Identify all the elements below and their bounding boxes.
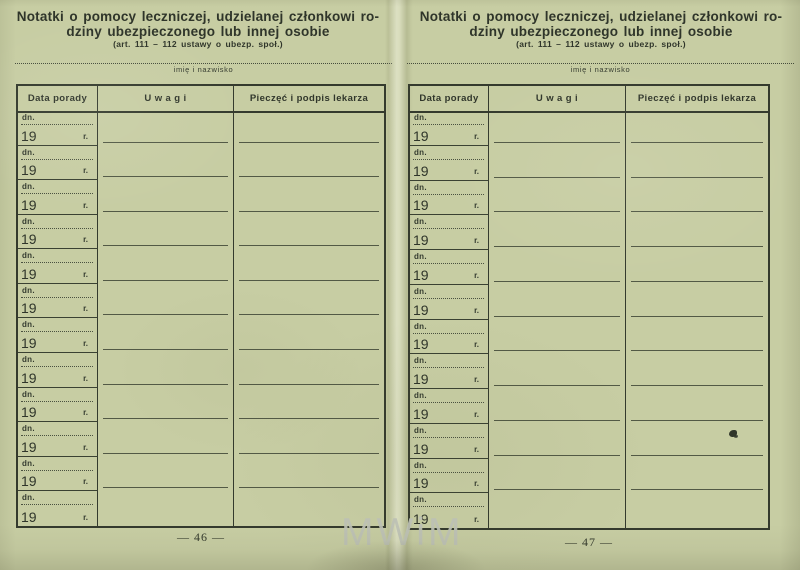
writing-line [494,281,620,282]
writing-line [239,418,379,419]
writing-line [631,177,763,178]
date-prefix-label: dn. [22,182,35,191]
date-cell: dn.19r. [410,181,489,216]
year-suffix-label: r. [474,306,479,315]
date-prefix-label: dn. [22,355,35,364]
notes-cell [98,215,234,250]
year-label: 19 [413,475,429,491]
signature-cell [234,180,384,215]
table-row: dn.19r. [18,284,384,319]
date-dotted-line [21,366,93,367]
year-label: 19 [21,509,37,525]
year-suffix-label: r. [83,374,88,383]
year-label: 19 [413,197,429,213]
signature-cell [626,111,768,146]
signature-cell [234,422,384,457]
signature-cell [234,491,384,526]
table-row: dn.19r. [18,491,384,526]
writing-line [631,455,763,456]
year-suffix-label: r. [83,166,88,175]
date-dotted-line [21,262,93,263]
signature-cell [626,181,768,216]
date-cell: dn.19r. [18,457,98,492]
title-subline: (art. 111 – 112 ustawy o ubezp. społ.) [402,39,800,50]
writing-line [631,350,763,351]
notes-cell [489,111,626,146]
signature-cell [234,318,384,353]
date-cell: dn.19r. [410,389,489,424]
date-dotted-line [413,472,484,473]
date-prefix-label: dn. [414,252,427,261]
year-label: 19 [413,232,429,248]
date-dotted-line [413,159,484,160]
notes-cell [489,146,626,181]
name-dotted-line [407,63,794,64]
page-number: — 47 — [408,535,770,550]
name-field: imię i nazwisko [407,63,794,74]
table-header-row: Data porady U w a g i Pieczęć i podpis l… [18,86,384,113]
year-label: 19 [21,162,37,178]
column-header-date: Data porady [410,86,489,111]
signature-cell [626,320,768,355]
signature-cell [626,215,768,250]
signature-cell [234,215,384,250]
signature-cell [234,353,384,388]
booklet-page-right: Notatki o pomocy leczniczej, udzielanej … [402,0,800,570]
table-row: dn.19r. [18,180,384,215]
year-suffix-label: r. [474,236,479,245]
year-label: 19 [413,371,429,387]
notes-cell [98,388,234,423]
notes-cell [489,181,626,216]
signature-cell [234,284,384,319]
page-title: Notatki o pomocy leczniczej, udzielanej … [0,0,396,50]
date-dotted-line [413,263,484,264]
table-row: dn.19r. [410,146,768,181]
year-label: 19 [21,300,37,316]
date-prefix-label: dn. [414,461,427,470]
notes-cell [489,424,626,459]
notes-cell [98,180,234,215]
date-prefix-label: dn. [22,424,35,433]
date-cell: dn.19r. [410,111,489,146]
date-cell: dn.19r. [410,459,489,494]
writing-line [631,489,763,490]
date-prefix-label: dn. [22,493,35,502]
writing-line [631,420,763,421]
writing-line [103,245,228,246]
table-row: dn.19r. [410,285,768,320]
year-suffix-label: r. [474,167,479,176]
date-prefix-label: dn. [22,148,35,157]
table-row: dn.19r. [410,215,768,250]
table-row: dn.19r. [18,422,384,457]
writing-line [239,176,379,177]
table-row: dn.19r. [410,389,768,424]
date-cell: dn.19r. [410,285,489,320]
date-dotted-line [413,333,484,334]
year-label: 19 [21,473,37,489]
date-cell: dn.19r. [18,111,98,146]
year-label: 19 [413,267,429,283]
year-suffix-label: r. [474,201,479,210]
date-cell: dn.19r. [18,180,98,215]
table-row: dn.19r. [410,354,768,389]
booklet-page-left: Notatki o pomocy leczniczej, udzielanej … [0,0,396,570]
table-row: dn.19r. [18,388,384,423]
table-row: dn.19r. [18,318,384,353]
writing-line [494,177,620,178]
table-row: dn.19r. [18,249,384,284]
scanned-booklet-spread: Notatki o pomocy leczniczej, udzielanej … [0,0,800,570]
table-row: dn.19r. [410,250,768,285]
table-row: dn.19r. [410,320,768,355]
writing-line [103,314,228,315]
name-dotted-line [15,63,392,64]
title-line-1: Notatki o pomocy leczniczej, udzielanej … [402,9,800,24]
name-field: imię i nazwisko [15,63,392,74]
table-row: dn.19r. [410,181,768,216]
notes-cell [98,422,234,457]
date-prefix-label: dn. [414,322,427,331]
writing-line [103,418,228,419]
notes-cell [98,491,234,526]
table-row: dn.19r. [18,215,384,250]
writing-line [239,384,379,385]
notes-cell [489,493,626,528]
table-row: dn.19r. [18,146,384,181]
column-header-date: Data porady [18,86,98,111]
date-dotted-line [413,367,484,368]
writing-line [239,211,379,212]
notes-cell [489,320,626,355]
date-cell: dn.19r. [18,318,98,353]
notes-cell [98,318,234,353]
year-suffix-label: r. [474,515,479,524]
date-dotted-line [21,297,93,298]
year-suffix-label: r. [83,339,88,348]
writing-line [631,385,763,386]
year-suffix-label: r. [83,477,88,486]
date-cell: dn.19r. [18,284,98,319]
column-header-signature: Pieczęć i podpis lekarza [626,86,768,111]
signature-cell [626,493,768,528]
date-dotted-line [21,470,93,471]
table-row: dn.19r. [410,459,768,494]
table-row: dn.19r. [410,424,768,459]
table-row: dn.19r. [18,353,384,388]
date-prefix-label: dn. [414,495,427,504]
year-label: 19 [413,128,429,144]
writing-line [494,246,620,247]
date-dotted-line [413,402,484,403]
ink-blot [729,430,737,437]
writing-line [494,455,620,456]
year-label: 19 [21,128,37,144]
date-cell: dn.19r. [18,491,98,526]
date-prefix-label: dn. [414,426,427,435]
year-label: 19 [21,439,37,455]
writing-line [103,453,228,454]
title-line-1: Notatki o pomocy leczniczej, udzielanej … [0,9,396,24]
date-dotted-line [21,228,93,229]
writing-line [494,350,620,351]
date-dotted-line [413,124,484,125]
title-subline: (art. 111 – 112 ustawy o ubezp. społ.) [0,39,396,50]
year-suffix-label: r. [474,375,479,384]
date-cell: dn.19r. [410,250,489,285]
writing-line [494,316,620,317]
date-cell: dn.19r. [410,320,489,355]
notes-cell [489,215,626,250]
writing-line [239,314,379,315]
date-prefix-label: dn. [22,390,35,399]
page-title: Notatki o pomocy leczniczej, udzielanej … [402,0,800,50]
date-dotted-line [21,331,93,332]
name-field-label: imię i nazwisko [407,65,794,74]
writing-line [239,280,379,281]
notes-cell [98,249,234,284]
year-suffix-label: r. [83,408,88,417]
signature-cell [626,459,768,494]
writing-line [239,453,379,454]
writing-line [631,316,763,317]
table-row: dn.19r. [410,493,768,528]
date-prefix-label: dn. [22,320,35,329]
writing-line [103,176,228,177]
title-line-2: dziny ubezpieczonego lub innej osobie [0,24,396,39]
year-suffix-label: r. [83,132,88,141]
date-dotted-line [413,298,484,299]
notes-cell [489,459,626,494]
writing-line [494,420,620,421]
date-cell: dn.19r. [18,353,98,388]
writing-line [239,349,379,350]
date-cell: dn.19r. [18,146,98,181]
date-dotted-line [413,506,484,507]
signature-cell [234,457,384,492]
column-header-notes: U w a g i [489,86,626,111]
signature-cell [626,285,768,320]
writing-line [239,245,379,246]
year-label: 19 [21,335,37,351]
year-label: 19 [413,336,429,352]
notes-table: Data porady U w a g i Pieczęć i podpis l… [16,84,386,528]
year-suffix-label: r. [474,410,479,419]
notes-cell [98,353,234,388]
signature-cell [626,389,768,424]
year-suffix-label: r. [474,445,479,454]
date-cell: dn.19r. [410,354,489,389]
date-dotted-line [21,435,93,436]
table-body: dn.19r.dn.19r.dn.19r.dn.19r.dn.19r.dn.19… [410,111,768,528]
date-cell: dn.19r. [18,388,98,423]
date-prefix-label: dn. [22,217,35,226]
signature-cell [626,250,768,285]
year-suffix-label: r. [83,270,88,279]
year-suffix-label: r. [83,443,88,452]
year-suffix-label: r. [83,304,88,313]
year-label: 19 [413,406,429,422]
year-label: 19 [413,511,429,527]
signature-cell [234,111,384,146]
writing-line [103,384,228,385]
table-row: dn.19r. [18,111,384,146]
date-dotted-line [21,193,93,194]
writing-line [631,211,763,212]
writing-line [494,489,620,490]
date-prefix-label: dn. [22,113,35,122]
date-cell: dn.19r. [410,493,489,528]
table-row: dn.19r. [18,457,384,492]
date-prefix-label: dn. [414,148,427,157]
date-cell: dn.19r. [18,215,98,250]
date-cell: dn.19r. [410,146,489,181]
notes-cell [489,354,626,389]
writing-line [494,385,620,386]
date-prefix-label: dn. [414,356,427,365]
signature-cell [626,424,768,459]
date-dotted-line [413,437,484,438]
notes-cell [98,284,234,319]
name-field-label: imię i nazwisko [15,65,392,74]
year-label: 19 [413,441,429,457]
date-dotted-line [21,124,93,125]
writing-line [103,142,228,143]
writing-line [631,281,763,282]
date-dotted-line [413,194,484,195]
writing-line [631,246,763,247]
date-cell: dn.19r. [18,249,98,284]
year-label: 19 [21,404,37,420]
year-suffix-label: r. [83,235,88,244]
writing-line [103,280,228,281]
writing-line [239,142,379,143]
date-prefix-label: dn. [414,183,427,192]
title-line-2: dziny ubezpieczonego lub innej osobie [402,24,800,39]
date-prefix-label: dn. [414,287,427,296]
date-cell: dn.19r. [18,422,98,457]
date-prefix-label: dn. [414,217,427,226]
notes-table: Data porady U w a g i Pieczęć i podpis l… [408,84,770,530]
date-dotted-line [413,228,484,229]
date-cell: dn.19r. [410,424,489,459]
notes-cell [98,111,234,146]
table-header-row: Data porady U w a g i Pieczęć i podpis l… [410,86,768,113]
signature-cell [626,146,768,181]
year-suffix-label: r. [83,513,88,522]
notes-cell [489,250,626,285]
writing-line [103,211,228,212]
signature-cell [626,354,768,389]
year-suffix-label: r. [474,340,479,349]
year-suffix-label: r. [474,479,479,488]
column-header-signature: Pieczęć i podpis lekarza [234,86,384,111]
date-prefix-label: dn. [414,113,427,122]
signature-cell [234,249,384,284]
notes-cell [489,285,626,320]
writing-line [103,487,228,488]
writing-line [631,142,763,143]
table-row: dn.19r. [410,111,768,146]
page-number: — 46 — [16,530,386,545]
writing-line [239,487,379,488]
date-prefix-label: dn. [22,459,35,468]
date-dotted-line [21,401,93,402]
year-label: 19 [21,370,37,386]
year-suffix-label: r. [83,201,88,210]
writing-line [494,211,620,212]
table-body: dn.19r.dn.19r.dn.19r.dn.19r.dn.19r.dn.19… [18,111,384,526]
writing-line [103,349,228,350]
date-cell: dn.19r. [410,215,489,250]
year-label: 19 [21,266,37,282]
year-label: 19 [21,231,37,247]
date-dotted-line [21,159,93,160]
notes-cell [98,146,234,181]
column-header-notes: U w a g i [98,86,234,111]
writing-line [494,142,620,143]
signature-cell [234,388,384,423]
notes-cell [489,389,626,424]
year-label: 19 [413,163,429,179]
date-prefix-label: dn. [22,251,35,260]
signature-cell [234,146,384,181]
year-label: 19 [21,197,37,213]
date-dotted-line [21,504,93,505]
date-prefix-label: dn. [22,286,35,295]
year-suffix-label: r. [474,132,479,141]
notes-cell [98,457,234,492]
date-prefix-label: dn. [414,391,427,400]
year-suffix-label: r. [474,271,479,280]
year-label: 19 [413,302,429,318]
